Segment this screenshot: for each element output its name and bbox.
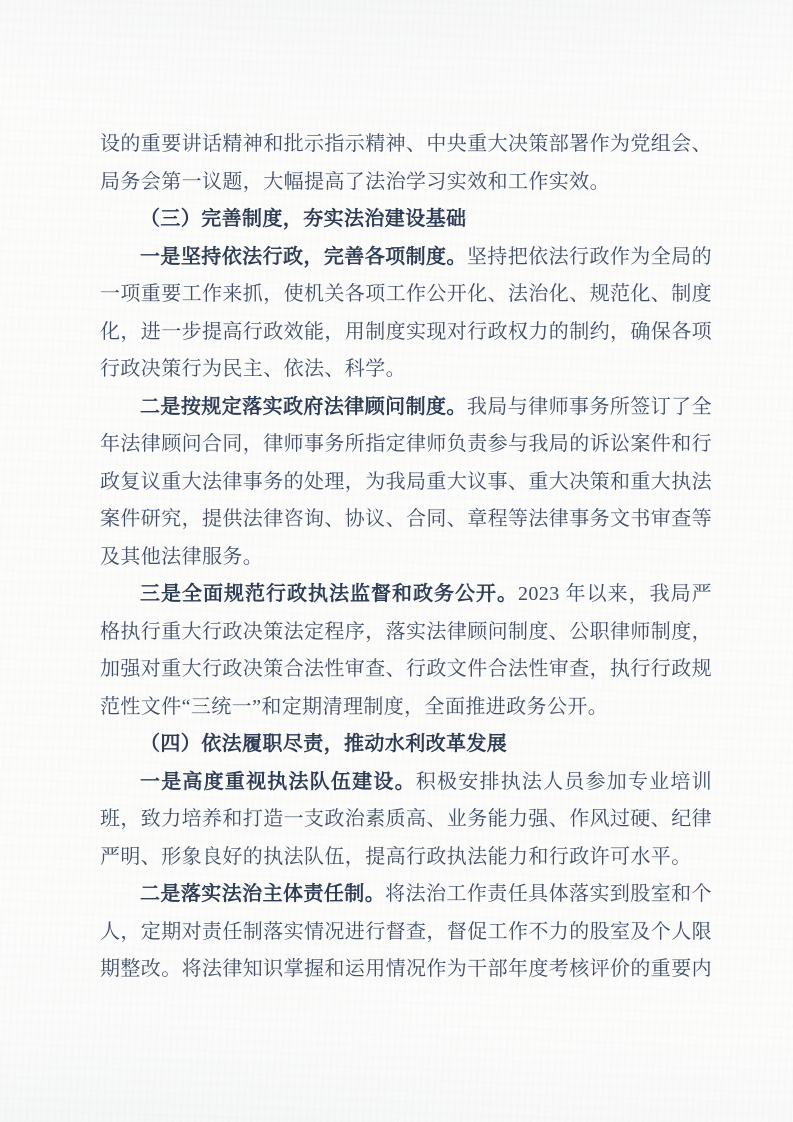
paragraph: 三是全面规范行政执法监督和政务公开。2023 年以来，我局严格执行重大行政决策法…	[100, 576, 712, 726]
paragraph: 一是坚持依法行政，完善各项制度。坚持把依法行政作为全局的一项重要工作来抓，使机关…	[100, 239, 712, 389]
section-heading-3: （三）完善制度，夯实法治建设基础	[100, 201, 712, 239]
paragraph: 二是按规定落实政府法律顾问制度。我局与律师事务所签订了全年法律顾问合同，律师事务…	[100, 389, 712, 577]
paragraph: 二是落实法治主体责任制。将法治工作责任具体落实到股室和个人，定期对责任制落实情况…	[100, 876, 712, 989]
paragraph-lead: 三是全面规范行政执法监督和政务公开。	[140, 583, 518, 605]
continuation-text: 设的重要讲话精神和批示指示精神、中央重大决策部署作为党组会、局务会第一议题，大幅…	[100, 133, 712, 193]
paragraph-lead: 一是高度重视执法队伍建设。	[140, 771, 416, 793]
paragraph-lead: 一是坚持依法行政，完善各项制度。	[140, 246, 467, 268]
continuation-paragraph: 设的重要讲话精神和批示指示精神、中央重大决策部署作为党组会、局务会第一议题，大幅…	[100, 126, 712, 201]
document-body-text: 设的重要讲话精神和批示指示精神、中央重大决策部署作为党组会、局务会第一议题，大幅…	[100, 126, 712, 989]
paragraph-lead: 二是按规定落实政府法律顾问制度。	[140, 396, 467, 418]
paragraph: 一是高度重视执法队伍建设。积极安排执法人员参加专业培训班，致力培养和打造一支政治…	[100, 764, 712, 877]
paragraph-text: 我局与律师事务所签订了全年法律顾问合同，律师事务所指定律师负责参与我局的诉讼案件…	[100, 396, 712, 568]
scanned-document-page: 设的重要讲话精神和批示指示精神、中央重大决策部署作为党组会、局务会第一议题，大幅…	[0, 0, 793, 1122]
paragraph-lead: 二是落实法治主体责任制。	[140, 883, 385, 905]
section-heading-4: （四）依法履职尽责，推动水利改革发展	[100, 726, 712, 764]
